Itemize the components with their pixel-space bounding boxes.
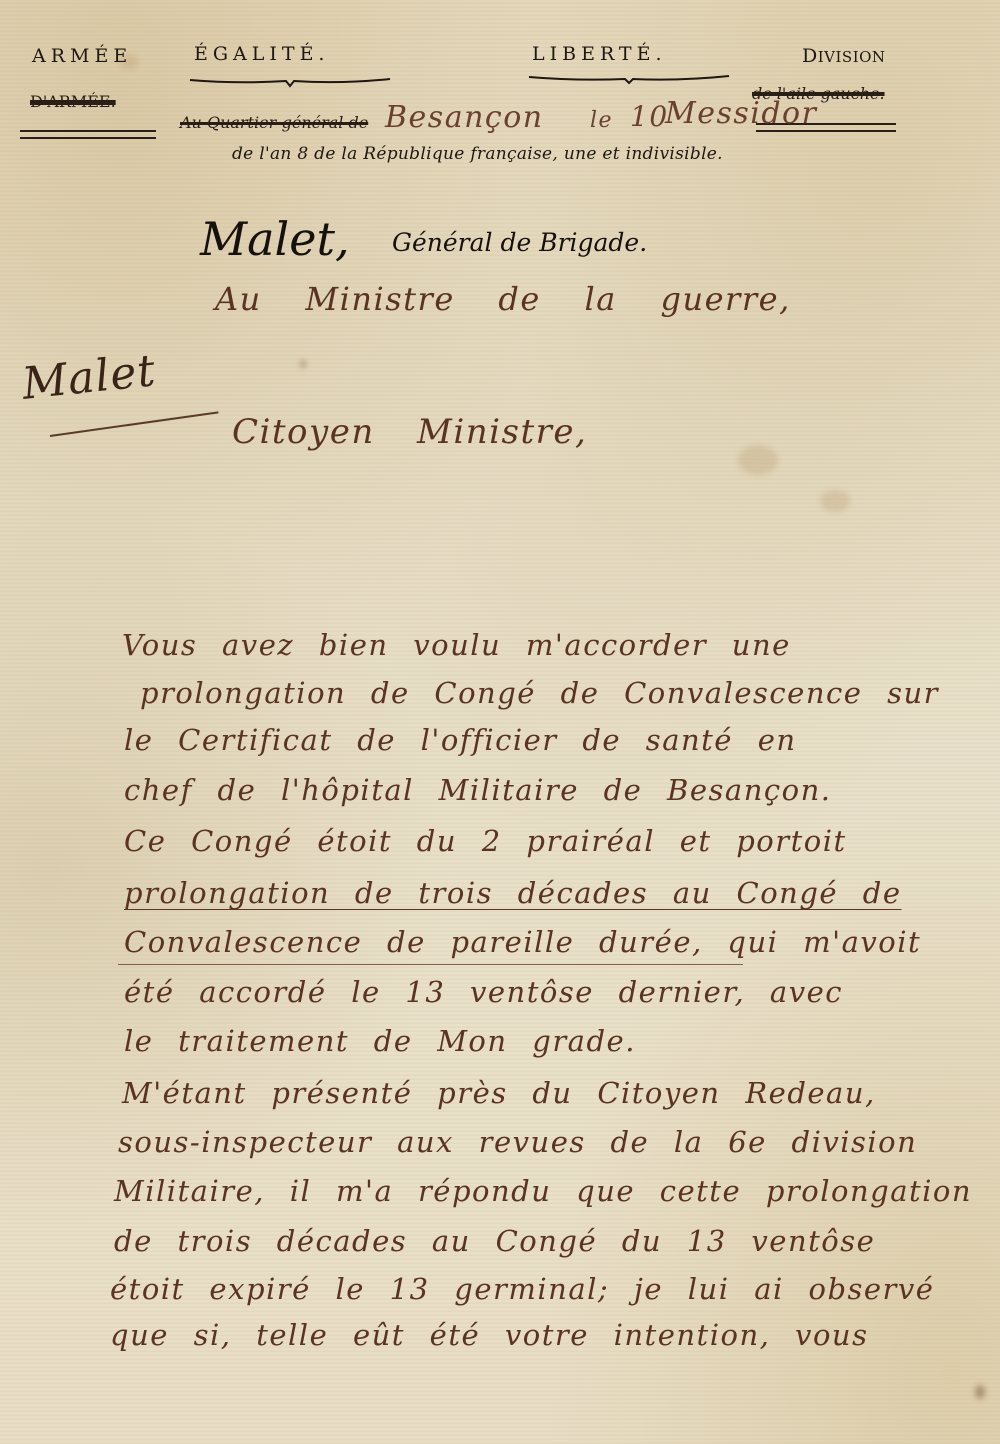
header-armee: ARMÉE: [32, 45, 132, 67]
date-day: 10: [630, 100, 669, 133]
paper-stain: [300, 360, 306, 368]
egalite-brace-ornament: [188, 78, 392, 88]
letter-page: ARMÉE ÉGALITÉ. LIBERTÉ. DIVISION D'ARMÉE…: [0, 0, 1000, 1444]
body-line-10: M'étant présenté près du Citoyen Redeau,: [122, 1076, 876, 1110]
body-line-8: été accordé le 13 ventôse dernier, avec: [124, 975, 843, 1009]
division-rest: IVISION: [818, 48, 886, 66]
body-line-7: Convalescence de pareille durée, qui m'a…: [124, 925, 921, 959]
recipient-line: Au Ministre de la guerre,: [215, 280, 791, 318]
body-line-3: le Certificat de l'officier de santé en: [124, 723, 797, 757]
republic-line: de l'an 8 de la République française, un…: [232, 144, 723, 164]
body-line-12: Militaire, il m'a répondu que cette prol…: [114, 1174, 972, 1208]
body-line-15: que si, telle eût été votre intention, v…: [110, 1318, 868, 1352]
body-line-9: le traitement de Mon grade.: [124, 1024, 636, 1058]
sender-name: Malet,: [200, 212, 350, 266]
paper-stain: [738, 445, 778, 475]
date-le: le: [590, 108, 613, 133]
body-line-5: Ce Congé étoit du 2 prairéal et portoit: [124, 824, 847, 858]
sender-rank: Général de Brigade.: [392, 228, 647, 257]
margin-signature-stroke: [50, 411, 219, 436]
paper-stain: [975, 1385, 985, 1399]
body-line-6: prolongation de trois décades au Congé d…: [124, 876, 902, 910]
paper-stain: [820, 490, 850, 512]
struck-armee-suffix: D'ARMÉE.: [30, 92, 116, 111]
body-line-1: Vous avez bien voulu m'accorder une: [122, 628, 791, 662]
letter-place: Besançon: [385, 100, 544, 135]
header-division: DIVISION: [802, 45, 886, 67]
body-line-11: sous-inspecteur aux revues de la 6e divi…: [118, 1125, 917, 1159]
body-line-14: étoit expiré le 13 germinal; je lui ai o…: [110, 1272, 934, 1306]
division-initial: D: [802, 45, 818, 67]
margin-signature: Malet: [20, 345, 159, 410]
header-egalite: ÉGALITÉ.: [194, 43, 329, 65]
body-line-4: chef de l'hôpital Militaire de Besançon.: [124, 773, 831, 807]
header-liberte: LIBERTÉ.: [532, 43, 667, 65]
liberte-brace-ornament: [527, 75, 731, 85]
salutation: Citoyen Ministre,: [232, 412, 587, 452]
body-line-13: de trois décades au Congé du 13 ventôse: [114, 1224, 875, 1258]
date-month: Messidor: [665, 96, 817, 131]
body-line-2: prolongation de Congé de Convalescence s…: [140, 676, 939, 710]
body-underline: [118, 964, 743, 965]
struck-quartier-general: Au Quartier-général de: [180, 113, 368, 132]
armee-double-rule: [20, 130, 156, 139]
